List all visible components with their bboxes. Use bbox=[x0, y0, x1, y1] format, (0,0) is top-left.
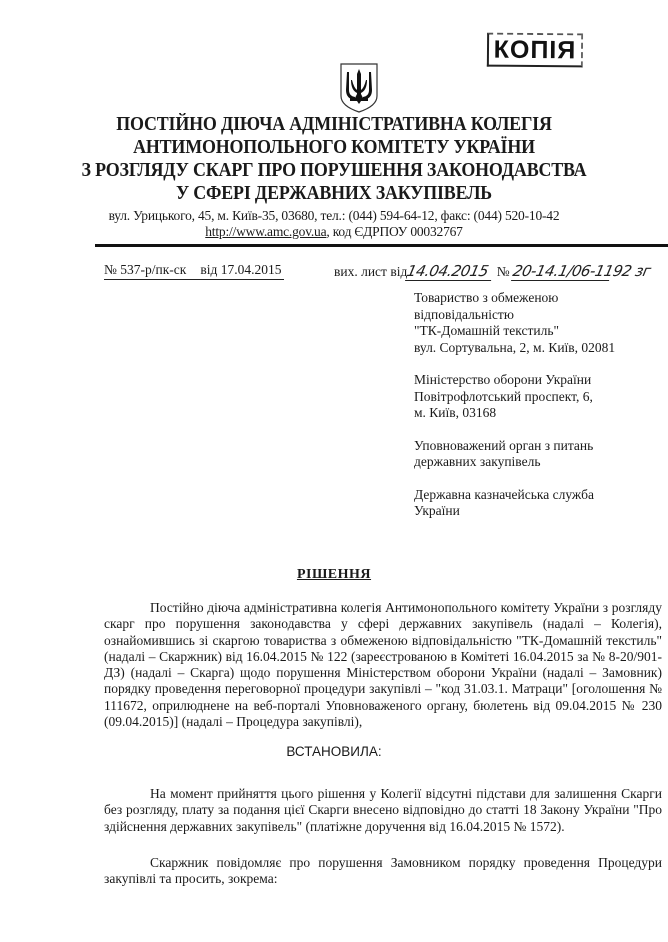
established-heading: ВСТАНОВИЛА: bbox=[0, 744, 668, 759]
decision-number: № 537-р/пк-ск bbox=[104, 262, 186, 277]
recipient-line: Міністерство оборони України bbox=[414, 372, 664, 389]
edrpou-code: , код ЄДРПОУ 00032767 bbox=[326, 224, 462, 239]
recipient-line: відповідальністю bbox=[414, 307, 664, 324]
recipient-line: України bbox=[414, 503, 664, 520]
issuer-contacts: вул. Урицького, 45, м. Київ-35, 03680, т… bbox=[0, 208, 668, 240]
title-line: З РОЗГЛЯДУ СКАРГ ПРО ПОРУШЕННЯ ЗАКОНОДАВ… bbox=[27, 159, 642, 182]
recipient: Товариство з обмеженою відповідальністю … bbox=[414, 290, 664, 356]
recipient-line: державних закупівель bbox=[414, 454, 664, 471]
recipient-line: м. Київ, 03168 bbox=[414, 405, 664, 422]
outgoing-number-label: № bbox=[497, 264, 510, 279]
tryzub-coat-of-arms-icon bbox=[338, 62, 380, 114]
decision-paragraph-intro: Постійно діюча адміністративна колегія А… bbox=[104, 600, 662, 730]
issuer-title: ПОСТІЙНО ДІЮЧА АДМІНІСТРАТИВНА КОЛЕГІЯ А… bbox=[27, 113, 642, 205]
copy-stamp: КОПІЯ bbox=[487, 33, 583, 68]
recipient-line: Уповноважений орган з питань bbox=[414, 438, 664, 455]
recipient-line: Державна казначейська служба bbox=[414, 487, 664, 504]
decision-date: від 17.04.2015 bbox=[200, 262, 281, 277]
recipient: Уповноважений орган з питань державних з… bbox=[414, 438, 664, 471]
decision-paragraph-complaint: Скаржник повідомляє про порушення Замовн… bbox=[104, 855, 662, 888]
title-line: ПОСТІЙНО ДІЮЧА АДМІНІСТРАТИВНА КОЛЕГІЯ bbox=[27, 113, 642, 136]
issuer-web-line: http://www.amc.gov.ua, код ЄДРПОУ 000327… bbox=[0, 224, 668, 240]
outgoing-letter-reference: вих. лист від14.04.2015 № 20-14.1/06-119… bbox=[334, 262, 611, 281]
outgoing-number-handwritten: 20-14.1/06-1192 зг bbox=[511, 262, 613, 281]
recipient-line: вул. Сортувальна, 2, м. Київ, 02081 bbox=[414, 340, 664, 357]
recipient-line: "ТК-Домашній текстиль" bbox=[414, 323, 664, 340]
recipient-line: Повітрофлотський проспект, 6, bbox=[414, 389, 664, 406]
title-line: У СФЕРІ ДЕРЖАВНИХ ЗАКУПІВЕЛЬ bbox=[27, 182, 642, 205]
header-divider bbox=[95, 244, 668, 247]
issuer-address: вул. Урицького, 45, м. Київ-35, 03680, т… bbox=[0, 208, 668, 224]
decision-reference: № 537-р/пк-сквід 17.04.2015 bbox=[104, 262, 284, 280]
decision-heading: РІШЕННЯ bbox=[0, 567, 668, 583]
title-line: АНТИМОНОПОЛЬНОГО КОМІТЕТУ УКРАЇНИ bbox=[27, 136, 642, 159]
outgoing-label: вих. лист від bbox=[334, 264, 407, 279]
recipients-list: Товариство з обмеженою відповідальністю … bbox=[414, 290, 664, 536]
decision-paragraph-fee: На момент прийняття цього рішення у Коле… bbox=[104, 786, 662, 835]
website-link[interactable]: http://www.amc.gov.ua bbox=[205, 224, 326, 239]
recipient: Державна казначейська служба України bbox=[414, 487, 664, 520]
recipient-line: Товариство з обмеженою bbox=[414, 290, 664, 307]
outgoing-date-handwritten: 14.04.2015 bbox=[405, 262, 495, 281]
recipient: Міністерство оборони України Повітрофлот… bbox=[414, 372, 664, 422]
